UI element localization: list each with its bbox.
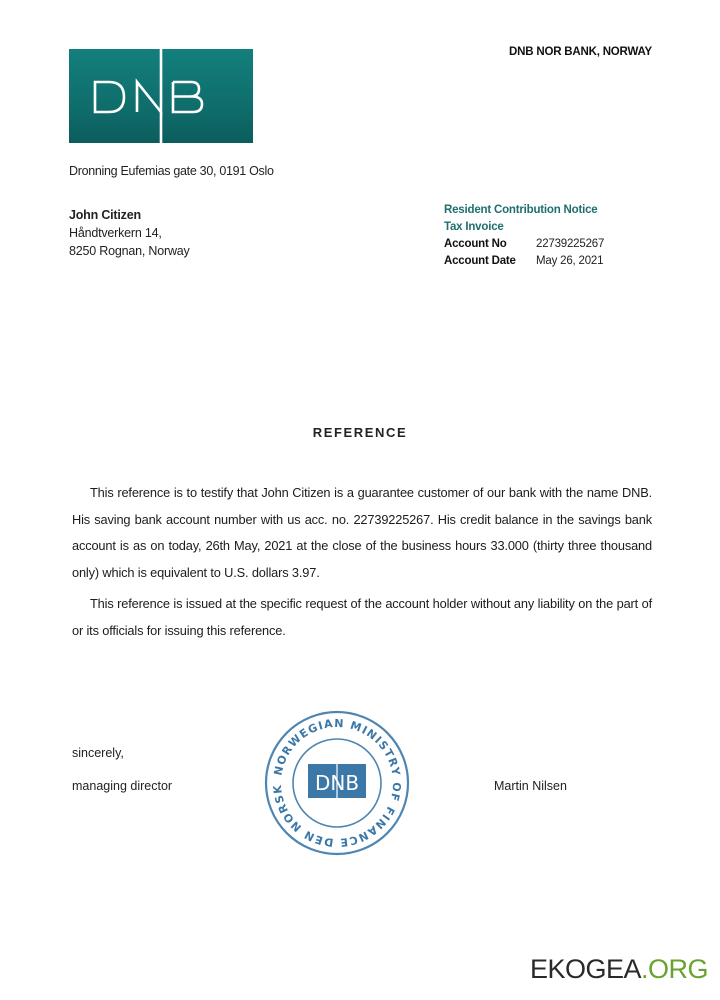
account-no-value: 22739225267 — [536, 236, 604, 253]
watermark-suffix: .ORG — [641, 954, 708, 984]
notice-title: Resident Contribution Notice — [444, 202, 604, 219]
reference-body: This reference is to testify that John C… — [72, 480, 652, 649]
stamp-center-text: DNB — [315, 771, 359, 795]
watermark: EKOGEA.ORG — [530, 954, 708, 985]
account-date-value: May 26, 2021 — [536, 253, 603, 270]
account-date-row: Account Date May 26, 2021 — [444, 253, 604, 270]
account-date-label: Account Date — [444, 253, 536, 270]
recipient-name: John Citizen — [69, 206, 190, 224]
signer-name: Martin Nilsen — [494, 779, 567, 793]
bank-address: Dronning Eufemias gate 30, 0191 Oslo — [69, 164, 274, 178]
recipient-address-line2: 8250 Rognan, Norway — [69, 242, 190, 260]
account-no-label: Account No — [444, 236, 536, 253]
notice-subtitle: Tax Invoice — [444, 219, 604, 236]
stamp-seal-icon: NORWEGIAN MINISTRY OF FINANCE DEN NORSKE… — [262, 708, 412, 858]
reference-title: REFERENCE — [0, 425, 720, 440]
recipient-block: John Citizen Håndtverkern 14, 8250 Rogna… — [69, 206, 190, 260]
reference-paragraph: This reference is issued at the specific… — [72, 591, 652, 644]
dnb-logo-mark-icon — [69, 49, 253, 143]
closing-text: sincerely, — [72, 746, 124, 760]
dnb-logo — [69, 49, 253, 143]
recipient-address-line1: Håndtverkern 14, — [69, 224, 190, 242]
bank-name: DNB NOR BANK, NORWAY — [509, 46, 652, 58]
signer-role: managing director — [72, 779, 172, 793]
account-no-row: Account No 22739225267 — [444, 236, 604, 253]
official-stamp: NORWEGIAN MINISTRY OF FINANCE DEN NORSKE… — [262, 708, 412, 858]
watermark-main: EKOGEA — [530, 954, 641, 984]
reference-paragraph: This reference is to testify that John C… — [72, 480, 652, 586]
notice-block: Resident Contribution Notice Tax Invoice… — [444, 202, 604, 270]
